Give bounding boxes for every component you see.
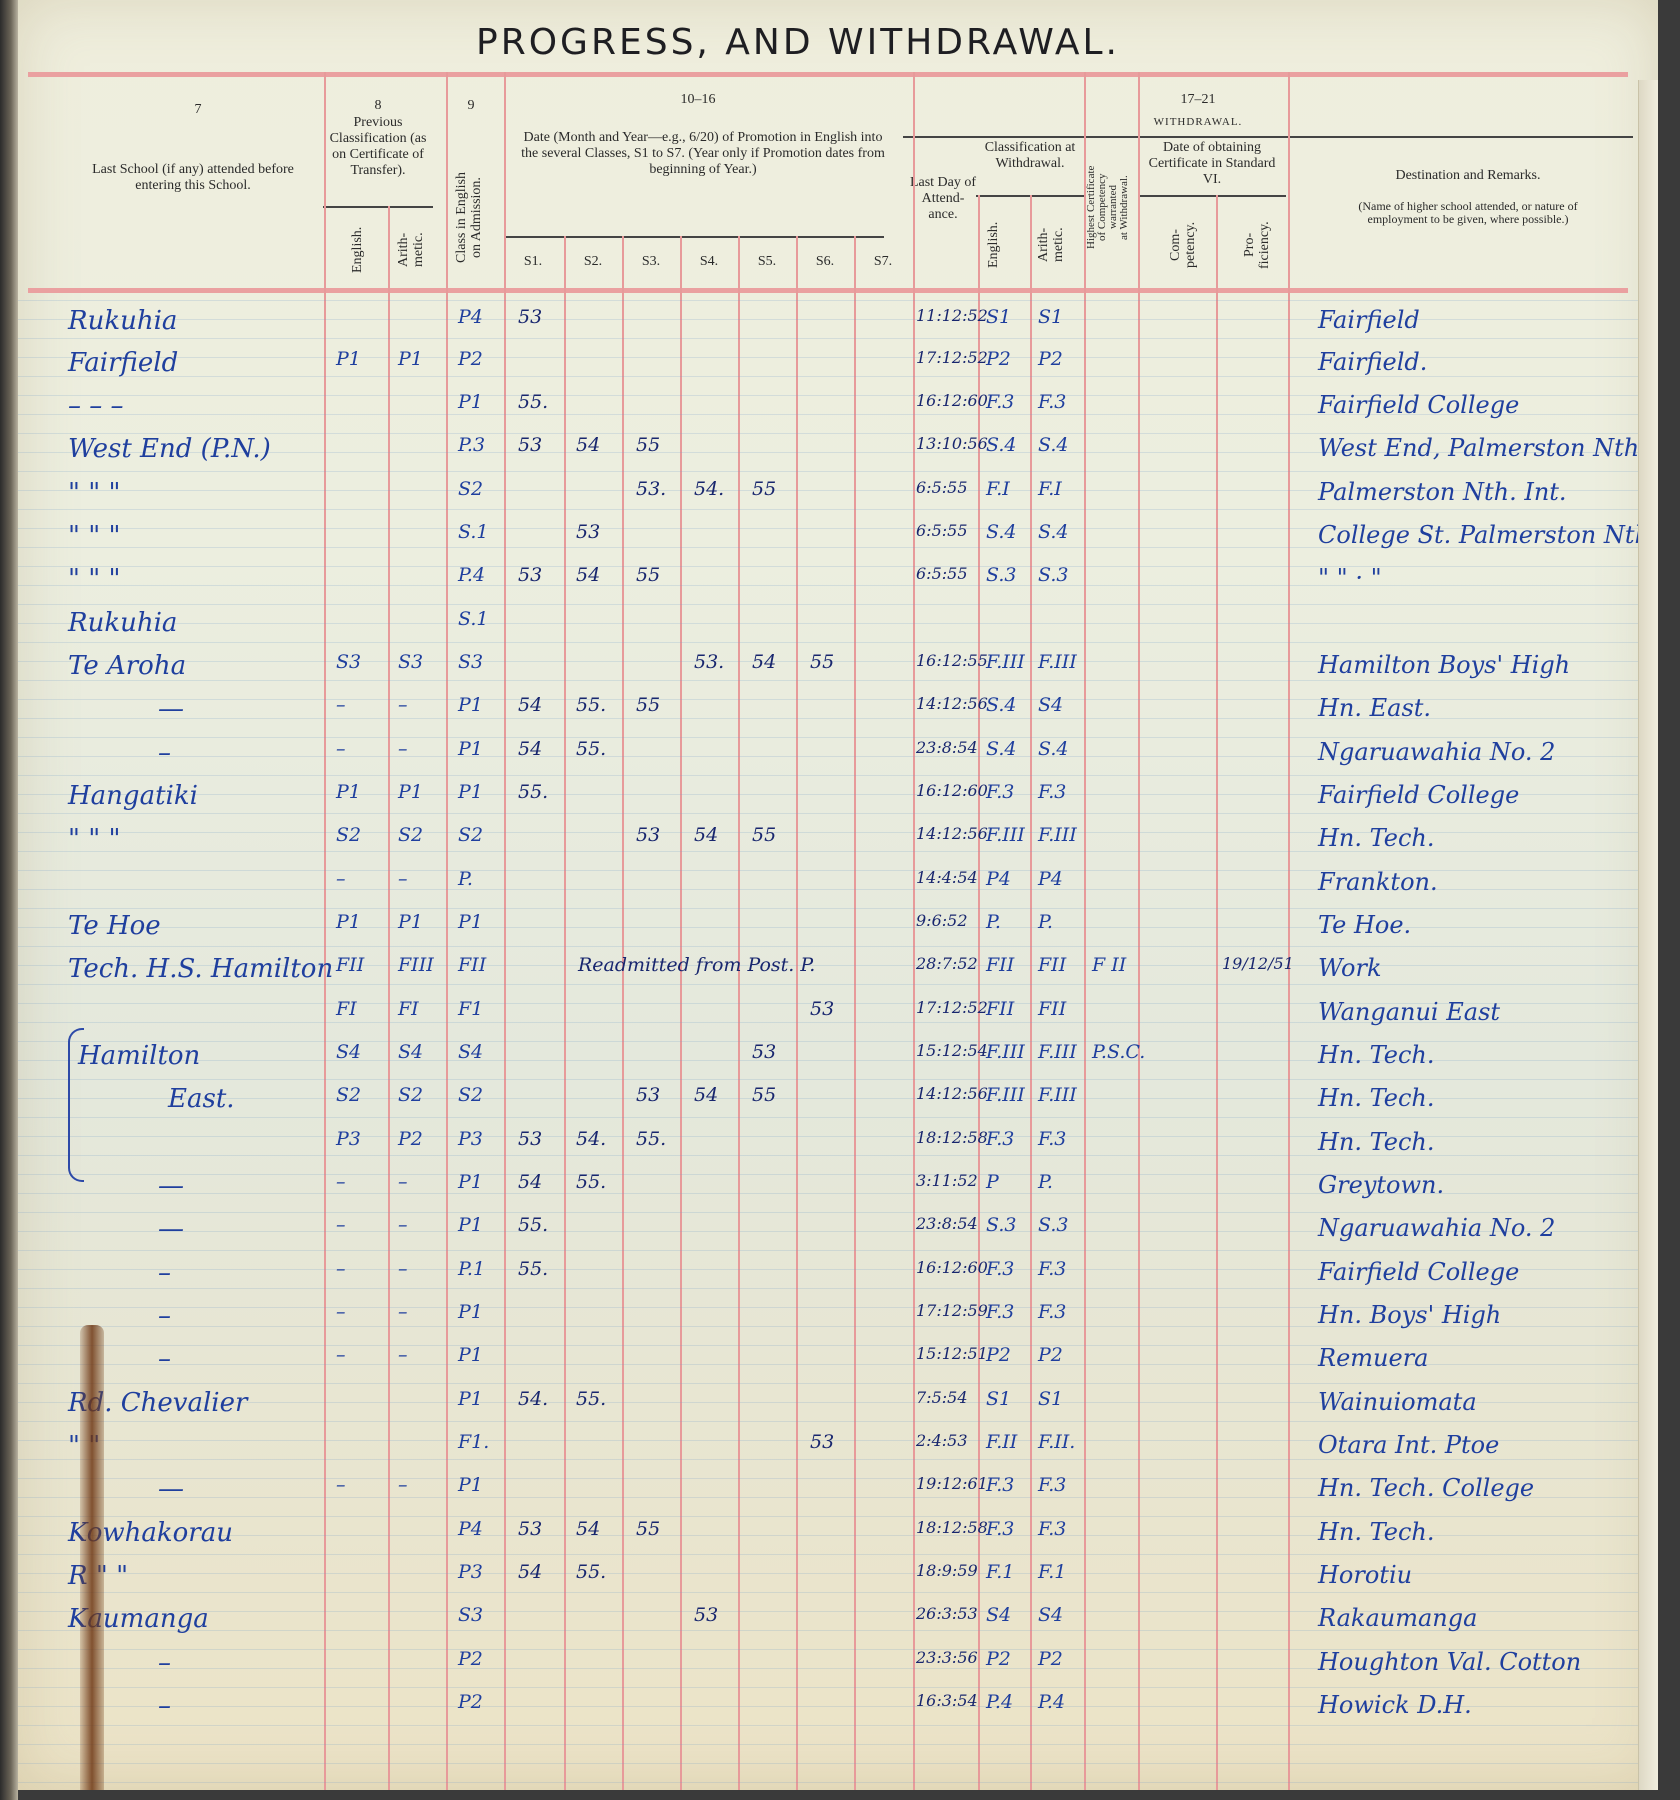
column-rule (622, 236, 624, 1790)
promotion-s1: 54 (518, 738, 542, 760)
promotion-s1: 54. (518, 1388, 548, 1410)
ruled-line (18, 338, 1658, 339)
prev-class-english: – (336, 868, 346, 890)
last-school: Rukuhia (68, 306, 177, 336)
ruled-line (18, 1725, 1658, 1726)
promotion-s1: 54 (518, 1561, 542, 1583)
prev-class-arith: S4 (398, 1041, 423, 1063)
promotion-s1: 53 (518, 306, 542, 328)
last-school: " " " (68, 521, 120, 551)
ruled-line (18, 623, 1658, 624)
ruled-line (18, 1288, 1658, 1289)
promotion-s3: 55 (636, 434, 660, 456)
withdrawal-english: P2 (986, 348, 1011, 370)
ruled-line (18, 642, 1658, 643)
promotion-s1: 53 (518, 564, 542, 586)
last-day-attendance: 23:8:54 (916, 1214, 978, 1233)
promotion-s3: 55. (636, 1128, 666, 1150)
last-school: – (158, 1301, 171, 1331)
withdrawal-english: F.I (986, 478, 1010, 500)
last-day-attendance: 18:12:58 (916, 1128, 988, 1147)
admission-class: P1 (458, 1388, 483, 1410)
admission-class: P.3 (458, 434, 485, 456)
ruled-line (18, 927, 1658, 928)
col8-label: Previous Classification (as on Certifica… (323, 115, 433, 179)
std6-divider (1138, 195, 1286, 197)
column-rule (1030, 195, 1032, 1790)
prev-class-english: S2 (336, 824, 361, 846)
withdrawal-english: F.3 (986, 1301, 1014, 1323)
withdrawal-arith: P4 (1038, 868, 1063, 890)
ruled-line (18, 1250, 1658, 1251)
last-day-attendance: 17:12:59 (916, 1301, 988, 1320)
withdrawal-english: P2 (986, 1344, 1011, 1366)
promotion-s2: 54 (576, 564, 600, 586)
column-rule (738, 236, 740, 1790)
admission-class: P3 (458, 1128, 483, 1150)
withdrawal-arith: P. (1038, 911, 1053, 933)
withdrawal-arith: F.3 (1038, 781, 1066, 803)
last-day-attendance: 26:3:53 (916, 1604, 978, 1623)
destination-remarks: Frankton. (1318, 868, 1438, 896)
last-day-attendance: 6:5:55 (916, 564, 968, 583)
col8-english: English. (350, 215, 365, 285)
ruled-line (18, 585, 1658, 586)
rust-stain (80, 1325, 104, 1790)
admission-class: P1 (458, 738, 483, 760)
promotion-s2: 55. (576, 694, 606, 716)
competency-label: Com- petency. (1168, 205, 1198, 285)
column-rule (913, 72, 915, 1790)
withdrawal-english: S1 (986, 306, 1011, 328)
col7-number: 7 (108, 102, 288, 118)
col8-number: 8 (323, 98, 433, 114)
last-school: — (158, 1474, 184, 1504)
ruled-line (18, 1687, 1658, 1688)
cw-english: English. (986, 205, 1001, 285)
last-day-attendance: 16:12:60 (916, 781, 988, 800)
withdrawal-arith: S4 (1038, 694, 1063, 716)
last-school: " " " (68, 564, 120, 594)
last-school: Tech. H.S. Hamilton (68, 954, 333, 984)
withdrawal-arith: F.3 (1038, 1518, 1066, 1540)
destination-remarks: Hn. Tech. (1318, 1041, 1435, 1069)
s-col-header: S2. (564, 254, 622, 270)
admission-class: P4 (458, 306, 483, 328)
last-day-attendance: 16:12:60 (916, 391, 988, 410)
promotion-s1: 53 (518, 1128, 542, 1150)
withdrawal-divider (903, 136, 1633, 138)
destination-remarks: Fairfield (1318, 306, 1420, 334)
admission-class: P2 (458, 1691, 483, 1713)
admission-class: P. (458, 868, 473, 890)
column-rule (854, 236, 856, 1790)
prev-class-english: P1 (336, 911, 361, 933)
prev-class-arith: P2 (398, 1128, 423, 1150)
last-day-attendance: 14:12:56 (916, 824, 988, 843)
admission-class: F1 (458, 998, 483, 1020)
last-day-attendance: 2:4:53 (916, 1431, 968, 1450)
promotion-s1: 55. (518, 1258, 548, 1280)
admission-class: P1 (458, 1171, 483, 1193)
admission-class: S4 (458, 1041, 483, 1063)
prev-class-english: – (336, 1344, 346, 1366)
withdrawal-english: F.3 (986, 1474, 1014, 1496)
admission-class: P1 (458, 694, 483, 716)
destination-remarks: Fairfield College (1318, 781, 1519, 809)
destination-remarks: Remuera (1318, 1344, 1428, 1372)
last-day-attendance: 17:12:52 (916, 998, 988, 1017)
destination-remarks: Rakaumanga (1318, 1604, 1477, 1632)
ledger-page: PROGRESS, AND WITHDRAWAL. 7 Last School … (18, 0, 1658, 1790)
promotion-s1: 54 (518, 1171, 542, 1193)
column-rule (388, 206, 390, 1790)
withdrawal-english: P.4 (986, 1691, 1013, 1713)
withdrawal-english: S.4 (986, 434, 1016, 456)
withdrawal-english: P. (986, 911, 1001, 933)
withdrawal-english: S.4 (986, 521, 1016, 543)
promotion-s4: 54. (694, 478, 724, 500)
last-day-attendance: 15:12:54 (916, 1041, 988, 1060)
destination-remarks: Horotiu (1318, 1561, 1412, 1589)
withdrawal-arith: FII (1038, 954, 1066, 976)
withdrawal-english: P2 (986, 1648, 1011, 1670)
ruled-line (18, 300, 1658, 301)
promotion-s6: 53 (810, 998, 834, 1020)
withdrawal-arith: S.4 (1038, 738, 1068, 760)
withdrawal-english: S.4 (986, 738, 1016, 760)
column-rule (1138, 72, 1140, 1790)
last-day-attendance: 7:5:54 (916, 1388, 968, 1407)
page-title: PROGRESS, AND WITHDRAWAL. (18, 22, 1618, 63)
promotion-s1: 55. (518, 781, 548, 803)
withdrawal-english: F.3 (986, 781, 1014, 803)
s-cols-divider (504, 236, 884, 238)
col10-16-label: Date (Month and Year—e.g., 6/20) of Prom… (518, 130, 888, 178)
withdrawal-english: F.III (986, 824, 1025, 846)
std6-proficiency: 19/12/51 (1222, 954, 1294, 973)
column-rule (680, 236, 682, 1790)
prev-class-arith: – (398, 1301, 408, 1323)
last-school: Rukuhia (68, 608, 177, 638)
ruled-line (18, 984, 1658, 985)
promotion-s2: 54 (576, 1518, 600, 1540)
prev-class-arith: – (398, 868, 408, 890)
column-rule (446, 72, 448, 1790)
withdrawal-english: F.3 (986, 1258, 1014, 1280)
destination-remarks: Fairfield. (1318, 348, 1427, 376)
s-col-header: S6. (796, 254, 854, 270)
header-top-rule (28, 72, 1628, 77)
std6-cert-label: Date of obtaining Certificate in Standar… (1138, 140, 1286, 188)
col9-number: 9 (456, 98, 486, 114)
withdrawal-english: F.3 (986, 391, 1014, 413)
last-day-attendance: 16:12:60 (916, 1258, 988, 1277)
ruled-line (18, 1516, 1658, 1517)
ruled-line (18, 813, 1658, 814)
last-school: – (158, 1691, 171, 1721)
promotion-s2: 55. (576, 1561, 606, 1583)
column-rule (796, 236, 798, 1790)
ruled-line (18, 1212, 1658, 1213)
destination-remarks: Otara Int. Ptoe (1318, 1431, 1499, 1459)
admission-class: S3 (458, 651, 483, 673)
admission-class: P1 (458, 1344, 483, 1366)
last-school: Fairfield (68, 348, 178, 378)
promotion-s1: 53 (518, 1518, 542, 1540)
last-school: Hamilton (78, 1041, 200, 1071)
destination-remarks: Ngaruawahia No. 2 (1318, 1214, 1555, 1242)
destination-remarks: Hamilton Boys' High (1318, 651, 1570, 679)
withdrawal-arith: S.3 (1038, 564, 1068, 586)
promotion-s5: 55 (752, 824, 776, 846)
promotion-s4: 53. (694, 651, 724, 673)
s-col-header: S1. (504, 254, 562, 270)
promotion-s2: 53 (576, 521, 600, 543)
promotion-s5: 55 (752, 478, 776, 500)
prev-class-arith: P1 (398, 348, 423, 370)
prev-class-english: – (336, 1171, 346, 1193)
ruled-line (18, 1383, 1658, 1384)
ruled-line (18, 1592, 1658, 1593)
admission-class: P1 (458, 391, 483, 413)
admission-class: P.1 (458, 1258, 485, 1280)
withdrawal-arith: P.4 (1038, 1691, 1065, 1713)
withdrawal-arith: F.3 (1038, 1128, 1066, 1150)
prev-class-arith: – (398, 694, 408, 716)
last-school: " " " (68, 824, 120, 854)
destination-remarks: Palmerston Nth. Int. (1318, 478, 1567, 506)
withdrawal-arith: F.3 (1038, 1474, 1066, 1496)
admission-class: S.1 (458, 521, 488, 543)
withdrawal-english: F.3 (986, 1128, 1014, 1150)
prev-class-english: P3 (336, 1128, 361, 1150)
prev-class-english: FII (336, 954, 364, 976)
promotion-s1: 53 (518, 434, 542, 456)
prev-class-arith: S3 (398, 651, 423, 673)
destination-remarks: Fairfield College (1318, 391, 1519, 419)
destination-remarks: Greytown. (1318, 1171, 1444, 1199)
col9-label: Class in English on Admission. (454, 150, 484, 285)
last-day-attendance: 23:3:56 (916, 1648, 978, 1667)
admission-class: S2 (458, 824, 483, 846)
withdrawal-arith: S4 (1038, 1604, 1063, 1626)
admission-class: FII (458, 954, 486, 976)
withdrawal-arith: F.III (1038, 651, 1077, 673)
s-col-header: S3. (622, 254, 680, 270)
ruled-line (18, 376, 1658, 377)
destination-remarks: Hn. Tech. (1318, 1518, 1435, 1546)
column-rule (564, 236, 566, 1790)
withdrawal-arith: P. (1038, 1171, 1053, 1193)
prev-class-english: – (336, 738, 346, 760)
book-binding (0, 0, 18, 1800)
withdrawal-english: P (986, 1171, 999, 1193)
withdrawal-arith: P2 (1038, 1648, 1063, 1670)
promotion-s6: 55 (810, 651, 834, 673)
column-rule (504, 72, 506, 1790)
promotion-s2: 54 (576, 434, 600, 456)
highest-cert-label: Highest Certificate of Competency warran… (1086, 140, 1130, 275)
ruled-line (18, 1459, 1658, 1460)
destination-remarks: Hn. Tech. (1318, 824, 1435, 852)
last-day-attendance: 17:12:52 (916, 348, 988, 367)
last-school: Te Hoe (68, 911, 161, 941)
prev-class-arith: – (398, 1258, 408, 1280)
destination-remarks: Hn. Tech. (1318, 1084, 1435, 1112)
prev-class-arith: – (398, 738, 408, 760)
promotion-s2: 54. (576, 1128, 606, 1150)
prev-class-english: – (336, 694, 346, 716)
prev-class-arith: – (398, 1344, 408, 1366)
ruled-line (18, 1763, 1658, 1764)
prev-class-english: S4 (336, 1041, 361, 1063)
ruled-line (18, 471, 1658, 472)
ruled-line (18, 680, 1658, 681)
withdrawal-english: FII (986, 954, 1014, 976)
col7-label: Last School (if any) attended before ent… (88, 162, 298, 194)
last-school: " " " (68, 478, 120, 508)
column-rule (1288, 72, 1290, 1790)
withdrawal-arith: S1 (1038, 1388, 1063, 1410)
promotion-s3: 53 (636, 824, 660, 846)
destination-remarks: Hn. Boys' High (1318, 1301, 1501, 1329)
withdrawal-arith: F.1 (1038, 1561, 1066, 1583)
last-school: – (158, 738, 171, 768)
destination-remarks: Howick D.H. (1318, 1691, 1472, 1719)
prev-class-english: – (336, 1214, 346, 1236)
withdrawal-arith: S.4 (1038, 521, 1068, 543)
ruled-line (18, 1421, 1658, 1422)
last-day-attendance: 28:7:52 (916, 954, 978, 973)
destination-remarks: Work (1318, 954, 1382, 982)
withdrawal-arith: S.4 (1038, 434, 1068, 456)
withdrawal-arith: F.I (1038, 478, 1062, 500)
destination-remarks: West End, Palmerston Nth. (1318, 434, 1647, 462)
admission-class: P2 (458, 348, 483, 370)
withdrawal-arith: F.III (1038, 1084, 1077, 1106)
last-school: West End (P.N.) (68, 434, 271, 464)
withdrawal-arith: F.3 (1038, 1301, 1066, 1323)
admission-class: P1 (458, 1474, 483, 1496)
destination-remarks: Hn. East. (1318, 694, 1431, 722)
last-school: – (158, 1258, 171, 1288)
hamilton-east-bracket (68, 1028, 84, 1182)
withdrawal-arith: F.3 (1038, 391, 1066, 413)
withdrawal-arith: P2 (1038, 1344, 1063, 1366)
ruled-line (18, 1782, 1658, 1783)
col8-arith: Arith- metic. (396, 215, 426, 285)
s-col-header: S5. (738, 254, 796, 270)
withdrawal-arith: FII (1038, 998, 1066, 1020)
last-day-attendance: 6:5:55 (916, 478, 968, 497)
column-rule (1216, 195, 1218, 1790)
last-school: — (158, 1214, 184, 1244)
promotion-s2: 55. (576, 1171, 606, 1193)
last-school: East. (168, 1084, 235, 1114)
withdrawal-arith: F.III (1038, 1041, 1077, 1063)
last-school: Te Aroha (68, 651, 186, 681)
prev-class-english: – (336, 1474, 346, 1496)
promotion-s2: 55. (576, 1388, 606, 1410)
promotion-s1: 55. (518, 1214, 548, 1236)
withdrawal-english: FII (986, 998, 1014, 1020)
promotion-s2: 55. (576, 738, 606, 760)
promotion-s2: Readmitted from Post. P. (578, 954, 815, 976)
destination-remarks: Wanganui East (1318, 998, 1500, 1026)
col10-16-number: 10–16 (618, 92, 778, 108)
admission-class: F1. (458, 1431, 489, 1453)
promotion-s4: 53 (694, 1604, 718, 1626)
destination-remarks: Hn. Tech. College (1318, 1474, 1534, 1502)
prev-class-english: P1 (336, 781, 361, 803)
last-day-attendance: 18:9:59 (916, 1561, 978, 1580)
prev-class-arith: FI (398, 998, 419, 1020)
last-day-attendance: 19:12:61 (916, 1474, 988, 1493)
withdrawal-english: S4 (986, 1604, 1011, 1626)
promotion-s1: 55. (518, 391, 548, 413)
promotion-s4: 54 (694, 1084, 718, 1106)
destination-remarks: Wainuiomata (1318, 1388, 1477, 1416)
withdrawal-arith: F.3 (1038, 1258, 1066, 1280)
ruled-line (18, 1554, 1658, 1555)
ruled-line (18, 1744, 1658, 1745)
admission-class: P4 (458, 1518, 483, 1540)
admission-class: S.1 (458, 608, 488, 630)
highest-certificate: F II (1092, 954, 1126, 976)
admission-class: P2 (458, 1648, 483, 1670)
prev-class-arith: – (398, 1214, 408, 1236)
withdrawal-english: F.3 (986, 1518, 1014, 1540)
prev-class-arith: P1 (398, 781, 423, 803)
last-day-label: Last Day of Attend-ance. (908, 175, 978, 223)
last-day-attendance: 3:11:52 (916, 1171, 978, 1190)
promotion-s3: 53 (636, 1084, 660, 1106)
promotion-s3: 53. (636, 478, 666, 500)
last-day-attendance: 6:5:55 (916, 521, 968, 540)
last-day-attendance: 23:8:54 (916, 738, 978, 757)
prev-class-arith: – (398, 1171, 408, 1193)
promotion-s3: 55 (636, 1518, 660, 1540)
last-day-attendance: 15:12:51 (916, 1344, 988, 1363)
withdrawal-english: F.III (986, 651, 1025, 673)
admission-class: S2 (458, 478, 483, 500)
withdrawal-heading: WITHDRAWAL. (1098, 114, 1298, 130)
withdrawal-arith: F.III (1038, 824, 1077, 846)
prev-class-english: S2 (336, 1084, 361, 1106)
withdrawal-english: S.3 (986, 1214, 1016, 1236)
admission-class: P1 (458, 781, 483, 803)
last-day-attendance: 9:6:52 (916, 911, 968, 930)
prev-class-arith: FIII (398, 954, 434, 976)
admission-class: P3 (458, 1561, 483, 1583)
last-school: – (158, 1648, 171, 1678)
prev-class-arith: P1 (398, 911, 423, 933)
admission-class: S3 (458, 1604, 483, 1626)
last-school: – (158, 1344, 171, 1374)
destination-remarks: College St. Palmerston Nth. (1318, 521, 1658, 549)
last-school: Hangatiki (68, 781, 198, 811)
ruled-line (18, 566, 1658, 567)
last-school: – – – (68, 391, 124, 421)
last-day-attendance: 14:12:56 (916, 694, 988, 713)
column-rule (324, 72, 326, 1790)
cw-arith: Arith- metic. (1036, 205, 1066, 285)
last-day-attendance: 14:4:54 (916, 868, 978, 887)
column-rule (1084, 72, 1086, 1790)
ruled-line (18, 775, 1658, 776)
last-day-attendance: 16:12:55 (916, 651, 988, 670)
